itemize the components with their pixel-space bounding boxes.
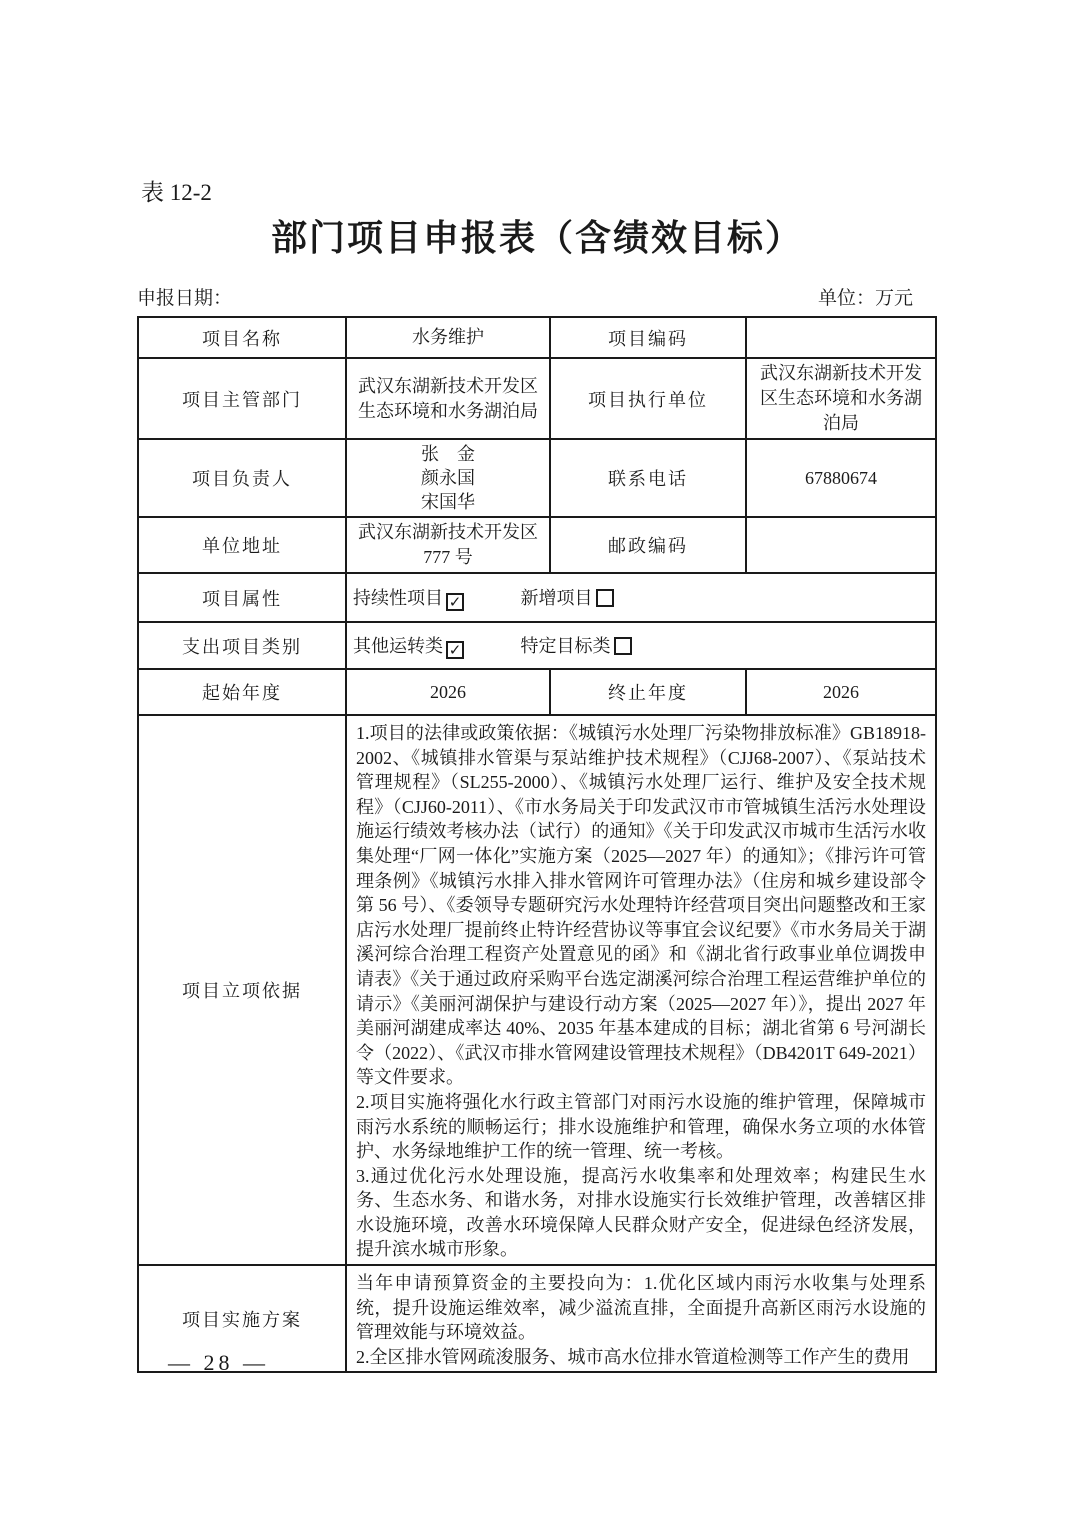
field-value-project-code	[746, 317, 936, 358]
field-value-implementation-plan: 当年申请预算资金的主要投向为：1.优化区域内雨污水收集与处理系统，提升设施运维效…	[346, 1265, 936, 1372]
leader-name: 颜永国	[355, 466, 541, 490]
field-label-end-year: 终止年度	[550, 669, 746, 715]
option-specific-goal: 特定目标类	[521, 636, 632, 656]
field-value-project-attribute: 持续性项目✓ 新增项目	[346, 573, 936, 622]
implementation-plan-paragraph: 2.全区排水管网疏浚服务、城市高水位排水管道检测等工作产生的费用	[356, 1345, 926, 1370]
option-label: 持续性项目	[353, 588, 443, 608]
field-value-project-leader: 张 金 颜永国 宋国华	[346, 439, 550, 517]
row-project-name: 项目名称 水务维护 项目编码	[138, 317, 936, 358]
field-label-contact-phone: 联系电话	[550, 439, 746, 517]
implementation-plan-paragraph: 当年申请预算资金的主要投向为：1.优化区域内雨污水收集与处理系统，提升设施运维效…	[356, 1271, 926, 1345]
field-value-legal-basis: 1.项目的法律或政策依据：《城镇污水处理厂污染物排放标准》GB18918-200…	[346, 715, 936, 1265]
table-number: 表 12-2	[141, 174, 212, 207]
field-label-start-year: 起始年度	[138, 669, 346, 715]
field-value-project-name: 水务维护	[346, 317, 550, 358]
row-expenditure-category: 支出项目类别 其他运转类✓ 特定目标类	[138, 622, 936, 669]
row-unit-address: 单位地址 武汉东湖新技术开发区 777 号 邮政编码	[138, 517, 936, 573]
row-years: 起始年度 2026 终止年度 2026	[138, 669, 936, 715]
field-value-expenditure-category: 其他运转类✓ 特定目标类	[346, 622, 936, 669]
field-value-start-year: 2026	[346, 669, 550, 715]
meta-row: 申报日期： 单位：万元	[137, 283, 935, 310]
date-label: 申报日期：	[137, 283, 232, 310]
field-label-project-name: 项目名称	[138, 317, 346, 358]
row-supervisor-dept: 项目主管部门 武汉东湖新技术开发区生态环境和水务湖泊局 项目执行单位 武汉东湖新…	[138, 358, 936, 439]
field-value-contact-phone: 67880674	[746, 439, 936, 517]
field-label-project-leader: 项目负责人	[138, 439, 346, 517]
leader-name: 张 金	[355, 442, 541, 466]
document-page: 表 12-2 部门项目申报表（含绩效目标） 申报日期： 单位：万元 项目名称 水…	[0, 0, 1074, 1520]
field-label-legal-basis: 项目立项依据	[138, 715, 346, 1265]
document-title: 部门项目申报表（含绩效目标）	[0, 210, 1074, 261]
option-label: 其他运转类	[353, 636, 443, 656]
option-label: 特定目标类	[521, 636, 611, 656]
legal-basis-paragraph: 3.通过优化污水处理设施，提高污水收集率和处理效率；构建民生水务、生态水务、和谐…	[356, 1164, 926, 1262]
leader-name: 宋国华	[355, 490, 541, 514]
option-other-operation: 其他运转类✓	[353, 636, 464, 656]
legal-basis-paragraph: 2.项目实施将强化水行政主管部门对雨污水设施的维护管理，保障城市雨污水系统的顺畅…	[356, 1090, 926, 1164]
row-project-leader: 项目负责人 张 金 颜永国 宋国华 联系电话 67880674	[138, 439, 936, 517]
field-label-executor-unit: 项目执行单位	[550, 358, 746, 439]
application-form-table: 项目名称 水务维护 项目编码 项目主管部门 武汉东湖新技术开发区生态环境和水务湖…	[137, 316, 937, 1373]
option-continuing-project: 持续性项目✓	[353, 588, 464, 608]
field-value-postal-code	[746, 517, 936, 573]
option-new-project: 新增项目	[521, 588, 614, 608]
field-label-postal-code: 邮政编码	[550, 517, 746, 573]
checkbox-icon: ✓	[446, 593, 464, 611]
checkbox-icon: ✓	[446, 641, 464, 659]
field-value-unit-address: 武汉东湖新技术开发区 777 号	[346, 517, 550, 573]
field-value-end-year: 2026	[746, 669, 936, 715]
field-value-supervisor-dept: 武汉东湖新技术开发区生态环境和水务湖泊局	[346, 358, 550, 439]
checkbox-icon	[596, 589, 614, 607]
field-label-supervisor-dept: 项目主管部门	[138, 358, 346, 439]
field-label-expenditure-category: 支出项目类别	[138, 622, 346, 669]
unit-label: 单位：万元	[818, 283, 913, 310]
checkbox-icon	[614, 637, 632, 655]
row-legal-basis: 项目立项依据 1.项目的法律或政策依据：《城镇污水处理厂污染物排放标准》GB18…	[138, 715, 936, 1265]
legal-basis-paragraph: 1.项目的法律或政策依据：《城镇污水处理厂污染物排放标准》GB18918-200…	[356, 721, 926, 1090]
field-label-unit-address: 单位地址	[138, 517, 346, 573]
row-project-attribute: 项目属性 持续性项目✓ 新增项目	[138, 573, 936, 622]
field-label-project-attribute: 项目属性	[138, 573, 346, 622]
page-number: — 28 —	[168, 1350, 269, 1376]
option-label: 新增项目	[521, 588, 593, 608]
field-value-executor-unit: 武汉东湖新技术开发区生态环境和水务湖泊局	[746, 358, 936, 439]
field-label-project-code: 项目编码	[550, 317, 746, 358]
